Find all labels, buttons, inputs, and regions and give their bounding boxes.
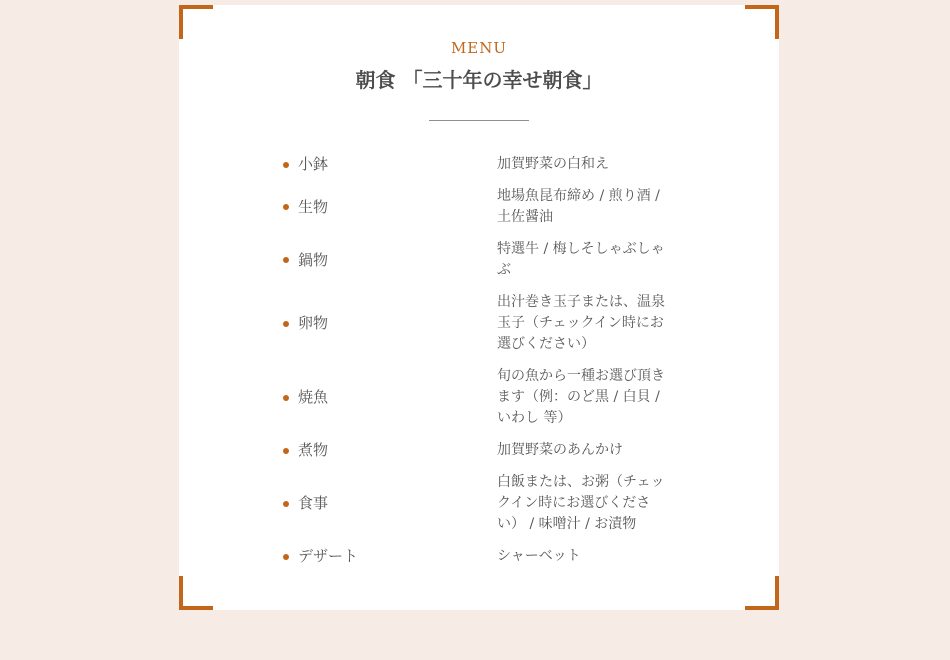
menu-term: 食事 [283, 493, 497, 514]
menu-row-kobachi: 小鉢 加賀野菜の白和え [283, 154, 779, 175]
menu-item-label: 生物 [298, 197, 328, 218]
menu-list: 小鉢 加賀野菜の白和え 生物 地場魚昆布締め / 煎り酒 / 土佐醤油 鍋物 特… [179, 154, 779, 567]
menu-item-label: デザート [298, 546, 358, 567]
bullet-icon [283, 448, 289, 454]
bullet-icon [283, 204, 289, 210]
menu-item-description: 旬の魚から一種お選び頂きます（例：のど黒 / 白貝 / いわし 等） [497, 366, 677, 429]
bullet-icon [283, 501, 289, 507]
menu-term: 生物 [283, 197, 497, 218]
menu-term: デザート [283, 546, 497, 567]
menu-term: 鍋物 [283, 250, 497, 271]
menu-item-label: 小鉢 [298, 154, 328, 175]
divider [429, 120, 529, 121]
menu-term: 焼魚 [283, 387, 497, 408]
bullet-icon [283, 554, 289, 560]
menu-row-yakizakana: 焼魚 旬の魚から一種お選び頂きます（例：のど黒 / 白貝 / いわし 等） [283, 366, 779, 429]
menu-item-description: 加賀野菜のあんかけ [497, 440, 677, 461]
menu-item-description: 地場魚昆布締め / 煎り酒 / 土佐醤油 [497, 186, 677, 228]
menu-card: MENU 朝食 「三十年の幸せ朝食」 小鉢 加賀野菜の白和え 生物 地場魚昆布締… [179, 5, 779, 610]
menu-item-label: 食事 [298, 493, 328, 514]
menu-row-namamono: 生物 地場魚昆布締め / 煎り酒 / 土佐醤油 [283, 186, 779, 228]
menu-item-description: 特選牛 / 梅しそしゃぶしゃぶ [497, 239, 677, 281]
corner-bracket-top-right-icon [745, 5, 779, 39]
menu-item-label: 卵物 [298, 313, 328, 334]
menu-row-shokuji: 食事 白飯または、お粥（チェックイン時にお選びください） / 味噌汁 / お漬物 [283, 472, 779, 535]
bullet-icon [283, 162, 289, 168]
menu-row-nimono: 煮物 加賀野菜のあんかけ [283, 440, 779, 461]
bullet-icon [283, 395, 289, 401]
page-title: 朝食 「三十年の幸せ朝食」 [179, 68, 779, 92]
menu-item-description: 白飯または、お粥（チェックイン時にお選びください） / 味噌汁 / お漬物 [497, 472, 677, 535]
menu-term: 卵物 [283, 313, 497, 334]
menu-item-label: 鍋物 [298, 250, 328, 271]
corner-bracket-bottom-right-icon [745, 576, 779, 610]
menu-item-description: シャーベット [497, 546, 677, 567]
corner-bracket-top-left-icon [179, 5, 213, 39]
corner-bracket-bottom-left-icon [179, 576, 213, 610]
menu-item-description: 出汁巻き玉子または、温泉玉子（チェックイン時にお選びください） [497, 292, 677, 355]
bullet-icon [283, 321, 289, 327]
menu-item-label: 煮物 [298, 440, 328, 461]
menu-item-description: 加賀野菜の白和え [497, 154, 677, 175]
menu-eyebrow: MENU [179, 41, 779, 56]
menu-term: 小鉢 [283, 154, 497, 175]
menu-row-tamagomono: 卵物 出汁巻き玉子または、温泉玉子（チェックイン時にお選びください） [283, 292, 779, 355]
menu-item-label: 焼魚 [298, 387, 328, 408]
menu-row-dessert: デザート シャーベット [283, 546, 779, 567]
bullet-icon [283, 257, 289, 263]
menu-term: 煮物 [283, 440, 497, 461]
menu-row-nabemono: 鍋物 特選牛 / 梅しそしゃぶしゃぶ [283, 239, 779, 281]
